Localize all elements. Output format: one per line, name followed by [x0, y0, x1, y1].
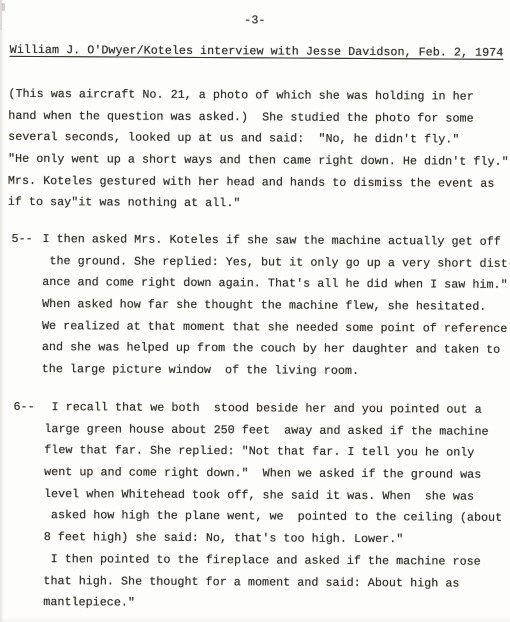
- document-title: William J. O'Dwyer/Koteles interview wit…: [10, 43, 504, 60]
- document-content: -3- William J. O'Dwyer/Koteles interview…: [0, 0, 510, 622]
- text-line: (This was aircraft No. 21, a photo of wh…: [8, 84, 509, 109]
- text-line: several seconds, looked up at us and sai…: [8, 127, 509, 152]
- text-line: We realized at that moment that she need…: [42, 316, 510, 341]
- document-page: -3- William J. O'Dwyer/Koteles interview…: [0, 0, 510, 622]
- section-6-text: I recall that we both stood beside her a…: [43, 397, 503, 617]
- text-line: the large picture window of the living r…: [42, 359, 510, 384]
- text-line: hand when the question was asked.) She s…: [8, 105, 509, 130]
- text-line: ance and come right down again. That's a…: [42, 272, 510, 297]
- paragraph-intro: (This was aircraft No. 21, a photo of wh…: [8, 84, 509, 217]
- text-line: asked how high the plane went, we pointe…: [44, 505, 502, 529]
- page-number: -3-: [0, 12, 510, 29]
- text-line: the ground. She replied: Yes, but it onl…: [42, 251, 510, 276]
- text-line: I then pointed to the fireplace and aske…: [44, 549, 502, 573]
- section-5-text: I then asked Mrs. Koteles if she saw the…: [42, 229, 510, 384]
- text-line: large green house about 250 feet away an…: [44, 419, 502, 443]
- text-line: and she was helped up from the couch by …: [42, 337, 510, 362]
- text-line: went up and come right down." When we as…: [44, 462, 502, 486]
- text-line: flew that far. She replied: "Not that fa…: [44, 440, 502, 464]
- text-line: 8 feet high) she said: No, that's too hi…: [44, 527, 502, 551]
- section-5-marker: 5--: [11, 229, 32, 251]
- section-6-marker: 6--: [13, 397, 34, 419]
- text-line: Mrs. Koteles gestured with her head and …: [8, 171, 509, 196]
- text-line: When asked how far she thought the machi…: [42, 294, 510, 319]
- text-line: mantlepiece.": [43, 592, 501, 616]
- text-line: I then asked Mrs. Koteles if she saw the…: [42, 229, 510, 254]
- text-line: that high. She thought for a moment and …: [43, 571, 501, 595]
- text-line: "He only went up a short ways and then c…: [8, 149, 509, 174]
- text-line: I recall that we both stood beside her a…: [44, 397, 502, 421]
- text-line: level when Whitehead took off, she said …: [44, 484, 502, 508]
- text-line: if to say"it was nothing at all.": [8, 192, 509, 217]
